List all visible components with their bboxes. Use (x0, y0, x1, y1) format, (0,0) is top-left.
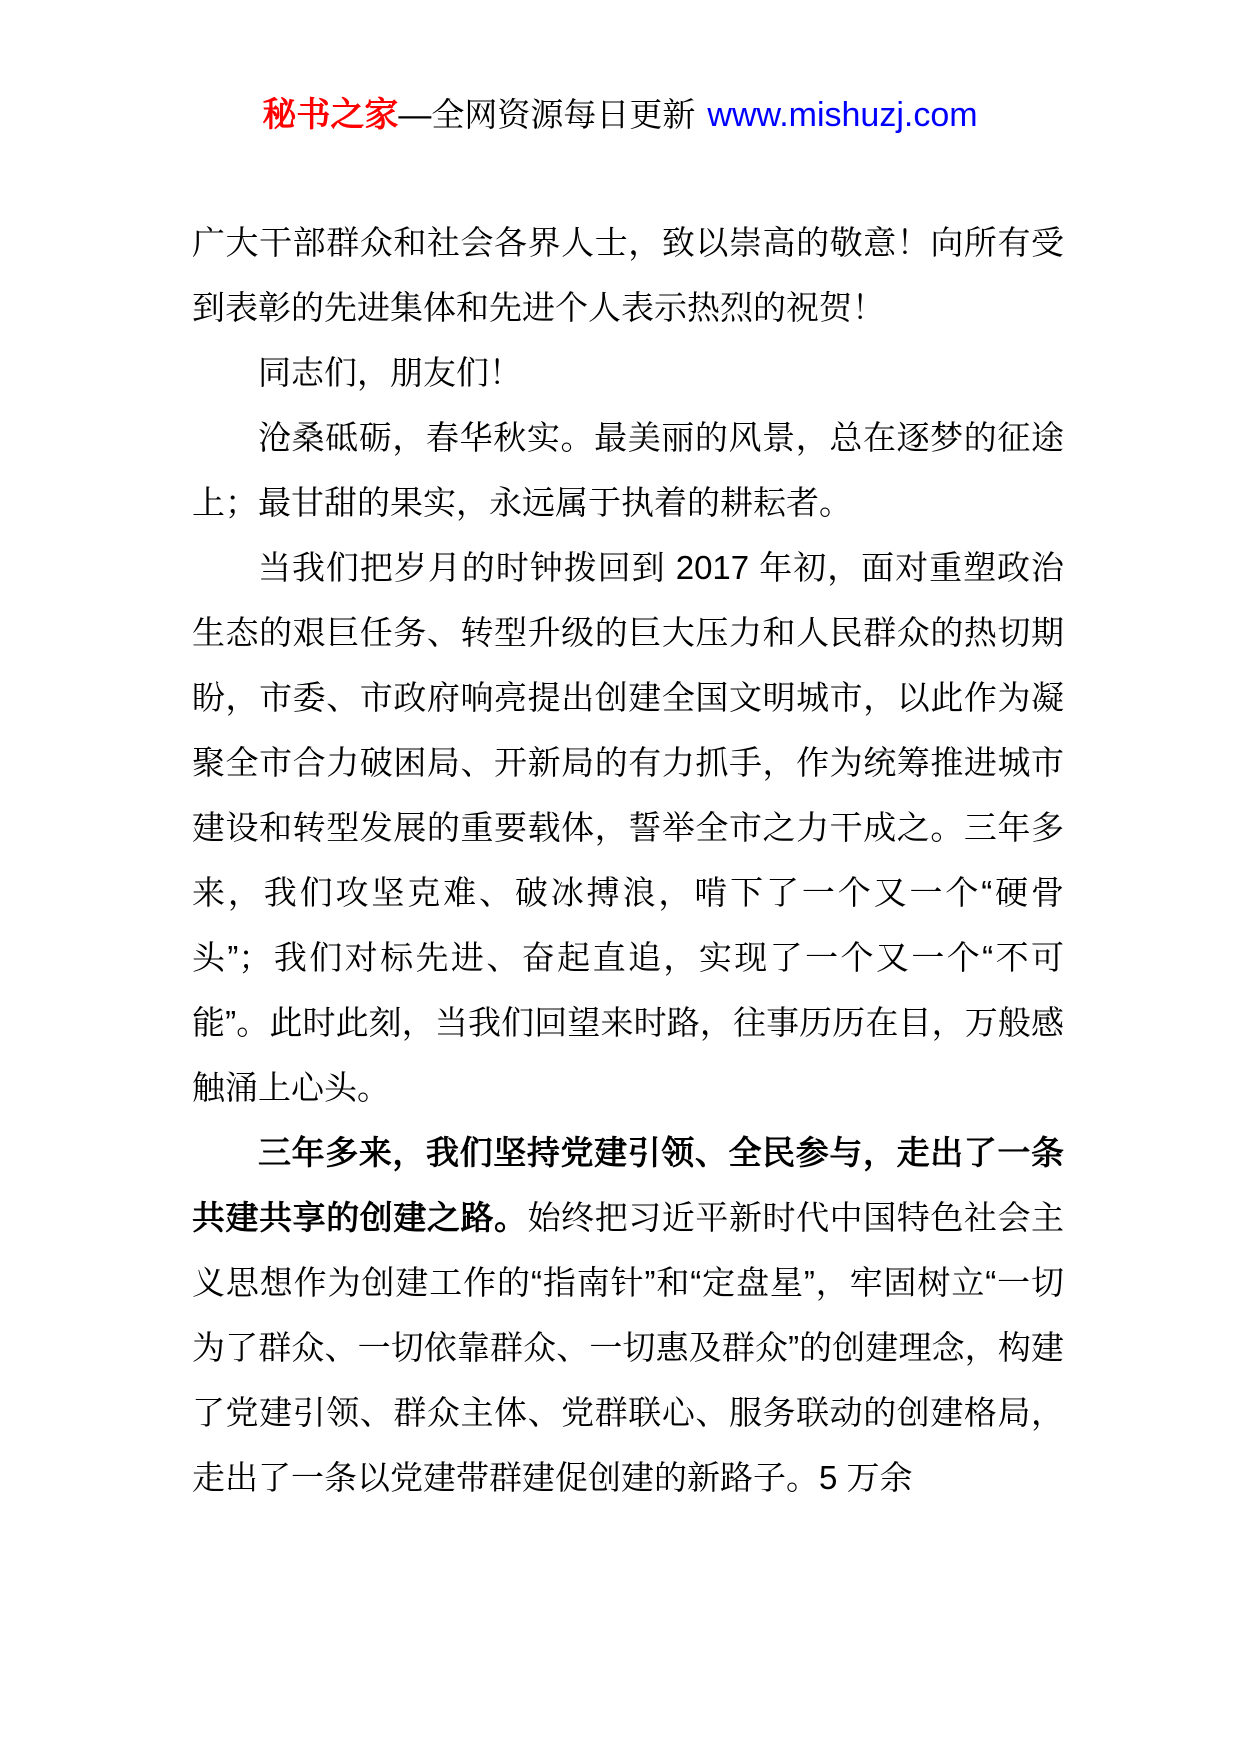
site-header: 秘书之家—全网资源每日更新www.mishuzj.com (0, 92, 1240, 138)
paragraph: 广大干部群众和社会各界人士，致以崇高的敬意！向所有受到表彰的先进集体和先进个人表… (192, 210, 1064, 340)
header-dash: — (398, 96, 431, 133)
paragraph: 同志们，朋友们！ (192, 340, 1064, 405)
paragraph: 三年多来，我们坚持党建引领、全民参与，走出了一条共建共享的创建之路。始终把习近平… (192, 1120, 1064, 1510)
text-segment: 始终把习近平新时代中国特色社会主义思想作为创建工作的“指南针”和“定盘星”，牢固… (192, 1199, 1064, 1496)
paragraph: 当我们把岁月的时钟拨回到 2017 年初，面对重塑政治生态的艰巨任务、转型升级的… (192, 535, 1064, 1120)
site-tagline: 全网资源每日更新 (431, 96, 695, 133)
text-segment: 同志们，朋友们！ (258, 354, 522, 391)
paragraph: 沧桑砥砺，春华秋实。最美丽的风景，总在逐梦的征途上；最甘甜的果实，永远属于执着的… (192, 405, 1064, 535)
document-page: 秘书之家—全网资源每日更新www.mishuzj.com 广大干部群众和社会各界… (0, 0, 1240, 1754)
site-brand: 秘书之家 (262, 96, 398, 134)
text-segment: 当我们把岁月的时钟拨回到 2017 年初，面对重塑政治生态的艰巨任务、转型升级的… (192, 549, 1064, 1106)
text-segment: 广大干部群众和社会各界人士，致以崇高的敬意！向所有受到表彰的先进集体和先进个人表… (192, 224, 1064, 326)
document-body: 广大干部群众和社会各界人士，致以崇高的敬意！向所有受到表彰的先进集体和先进个人表… (192, 210, 1064, 1510)
site-url-link[interactable]: www.mishuzj.com (707, 96, 977, 134)
text-segment: 沧桑砥砺，春华秋实。最美丽的风景，总在逐梦的征途上；最甘甜的果实，永远属于执着的… (192, 419, 1064, 521)
